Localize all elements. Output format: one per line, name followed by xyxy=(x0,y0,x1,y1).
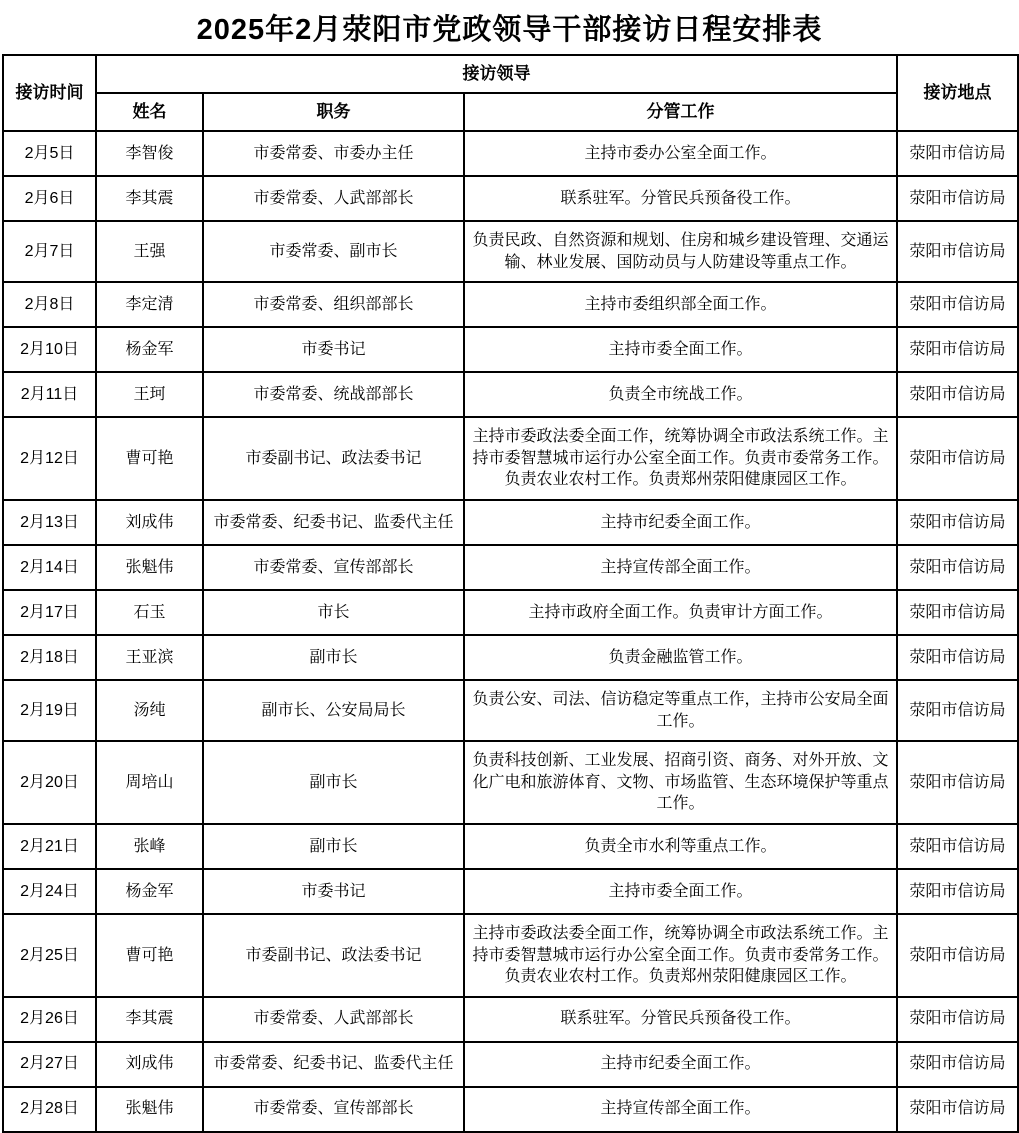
date-cell: 2月25日 xyxy=(3,914,96,997)
duty-cell: 联系驻军。分管民兵预备役工作。 xyxy=(464,176,897,221)
location-cell: 荥阳市信访局 xyxy=(897,680,1018,741)
table-row: 2月20日周培山副市长负责科技创新、工业发展、招商引资、商务、对外开放、文化广电… xyxy=(3,741,1018,824)
position-cell: 市委常委、人武部部长 xyxy=(203,997,464,1042)
name-cell: 石玉 xyxy=(96,590,203,635)
date-cell: 2月26日 xyxy=(3,997,96,1042)
table-row: 2月7日王强市委常委、副市长负责民政、自然资源和规划、住房和城乡建设管理、交通运… xyxy=(3,221,1018,282)
date-cell: 2月27日 xyxy=(3,1042,96,1087)
date-cell: 2月5日 xyxy=(3,131,96,176)
location-cell: 荥阳市信访局 xyxy=(897,176,1018,221)
location-cell: 荥阳市信访局 xyxy=(897,500,1018,545)
table-row: 2月24日杨金军市委书记主持市委全面工作。荥阳市信访局 xyxy=(3,869,1018,914)
name-cell: 王亚滨 xyxy=(96,635,203,680)
page: 2025年2月荥阳市党政领导干部接访日程安排表 接访时间 接访领导 接访地点 姓… xyxy=(0,0,1019,1133)
location-cell: 荥阳市信访局 xyxy=(897,282,1018,327)
location-cell: 荥阳市信访局 xyxy=(897,590,1018,635)
duty-cell: 负责公安、司法、信访稳定等重点工作，主持市公安局全面工作。 xyxy=(464,680,897,741)
duty-cell: 负责科技创新、工业发展、招商引资、商务、对外开放、文化广电和旅游体育、文物、市场… xyxy=(464,741,897,824)
date-cell: 2月28日 xyxy=(3,1087,96,1132)
position-cell: 市委常委、纪委书记、监委代主任 xyxy=(203,500,464,545)
name-cell: 李其震 xyxy=(96,997,203,1042)
name-cell: 李定清 xyxy=(96,282,203,327)
header-name: 姓名 xyxy=(96,93,203,131)
location-cell: 荥阳市信访局 xyxy=(897,741,1018,824)
name-cell: 杨金军 xyxy=(96,327,203,372)
date-cell: 2月11日 xyxy=(3,372,96,417)
table-row: 2月17日石玉市长主持市政府全面工作。负责审计方面工作。荥阳市信访局 xyxy=(3,590,1018,635)
name-cell: 张峰 xyxy=(96,824,203,869)
name-cell: 刘成伟 xyxy=(96,500,203,545)
name-cell: 汤纯 xyxy=(96,680,203,741)
table-row: 2月18日王亚滨副市长负责金融监管工作。荥阳市信访局 xyxy=(3,635,1018,680)
duty-cell: 主持市政府全面工作。负责审计方面工作。 xyxy=(464,590,897,635)
header-row-top: 接访时间 接访领导 接访地点 xyxy=(3,55,1018,93)
header-leader-group: 接访领导 xyxy=(96,55,897,93)
location-cell: 荥阳市信访局 xyxy=(897,417,1018,500)
location-cell: 荥阳市信访局 xyxy=(897,327,1018,372)
date-cell: 2月20日 xyxy=(3,741,96,824)
location-cell: 荥阳市信访局 xyxy=(897,869,1018,914)
table-row: 2月14日张魁伟市委常委、宣传部部长主持宣传部全面工作。荥阳市信访局 xyxy=(3,545,1018,590)
header-duty: 分管工作 xyxy=(464,93,897,131)
duty-cell: 负责金融监管工作。 xyxy=(464,635,897,680)
name-cell: 李其震 xyxy=(96,176,203,221)
location-cell: 荥阳市信访局 xyxy=(897,545,1018,590)
duty-cell: 主持市纪委全面工作。 xyxy=(464,1042,897,1087)
location-cell: 荥阳市信访局 xyxy=(897,997,1018,1042)
position-cell: 市委常委、人武部部长 xyxy=(203,176,464,221)
location-cell: 荥阳市信访局 xyxy=(897,131,1018,176)
name-cell: 张魁伟 xyxy=(96,545,203,590)
header-row-sub: 姓名 职务 分管工作 xyxy=(3,93,1018,131)
date-cell: 2月10日 xyxy=(3,327,96,372)
page-title: 2025年2月荥阳市党政领导干部接访日程安排表 xyxy=(0,0,1019,54)
date-cell: 2月14日 xyxy=(3,545,96,590)
table-header: 接访时间 接访领导 接访地点 姓名 职务 分管工作 xyxy=(3,55,1018,131)
table-row: 2月8日李定清市委常委、组织部部长主持市委组织部全面工作。荥阳市信访局 xyxy=(3,282,1018,327)
table-row: 2月13日刘成伟市委常委、纪委书记、监委代主任主持市纪委全面工作。荥阳市信访局 xyxy=(3,500,1018,545)
duty-cell: 主持市委政法委全面工作，统筹协调全市政法系统工作。主持市委智慧城市运行办公室全面… xyxy=(464,914,897,997)
table-row: 2月27日刘成伟市委常委、纪委书记、监委代主任主持市纪委全面工作。荥阳市信访局 xyxy=(3,1042,1018,1087)
duty-cell: 主持宣传部全面工作。 xyxy=(464,1087,897,1132)
duty-cell: 负责全市水利等重点工作。 xyxy=(464,824,897,869)
position-cell: 副市长 xyxy=(203,741,464,824)
name-cell: 曹可艳 xyxy=(96,417,203,500)
duty-cell: 主持市委办公室全面工作。 xyxy=(464,131,897,176)
date-cell: 2月12日 xyxy=(3,417,96,500)
position-cell: 市长 xyxy=(203,590,464,635)
location-cell: 荥阳市信访局 xyxy=(897,824,1018,869)
table-row: 2月21日张峰副市长负责全市水利等重点工作。荥阳市信访局 xyxy=(3,824,1018,869)
table-row: 2月11日王珂市委常委、统战部部长负责全市统战工作。荥阳市信访局 xyxy=(3,372,1018,417)
location-cell: 荥阳市信访局 xyxy=(897,1087,1018,1132)
name-cell: 刘成伟 xyxy=(96,1042,203,1087)
position-cell: 市委常委、宣传部部长 xyxy=(203,545,464,590)
table-row: 2月25日曹可艳市委副书记、政法委书记主持市委政法委全面工作，统筹协调全市政法系… xyxy=(3,914,1018,997)
location-cell: 荥阳市信访局 xyxy=(897,372,1018,417)
duty-cell: 负责民政、自然资源和规划、住房和城乡建设管理、交通运输、林业发展、国防动员与人防… xyxy=(464,221,897,282)
duty-cell: 主持市纪委全面工作。 xyxy=(464,500,897,545)
position-cell: 市委书记 xyxy=(203,869,464,914)
table-body: 2月5日李智俊市委常委、市委办主任主持市委办公室全面工作。荥阳市信访局2月6日李… xyxy=(3,131,1018,1132)
date-cell: 2月8日 xyxy=(3,282,96,327)
name-cell: 张魁伟 xyxy=(96,1087,203,1132)
name-cell: 周培山 xyxy=(96,741,203,824)
duty-cell: 主持市委全面工作。 xyxy=(464,327,897,372)
position-cell: 市委常委、纪委书记、监委代主任 xyxy=(203,1042,464,1087)
name-cell: 曹可艳 xyxy=(96,914,203,997)
position-cell: 市委常委、市委办主任 xyxy=(203,131,464,176)
date-cell: 2月17日 xyxy=(3,590,96,635)
header-time: 接访时间 xyxy=(3,55,96,131)
table-row: 2月5日李智俊市委常委、市委办主任主持市委办公室全面工作。荥阳市信访局 xyxy=(3,131,1018,176)
position-cell: 副市长 xyxy=(203,824,464,869)
position-cell: 市委常委、组织部部长 xyxy=(203,282,464,327)
position-cell: 副市长 xyxy=(203,635,464,680)
position-cell: 副市长、公安局局长 xyxy=(203,680,464,741)
position-cell: 市委常委、宣传部部长 xyxy=(203,1087,464,1132)
position-cell: 市委副书记、政法委书记 xyxy=(203,417,464,500)
position-cell: 市委副书记、政法委书记 xyxy=(203,914,464,997)
location-cell: 荥阳市信访局 xyxy=(897,635,1018,680)
position-cell: 市委常委、统战部部长 xyxy=(203,372,464,417)
location-cell: 荥阳市信访局 xyxy=(897,914,1018,997)
location-cell: 荥阳市信访局 xyxy=(897,221,1018,282)
position-cell: 市委书记 xyxy=(203,327,464,372)
name-cell: 王强 xyxy=(96,221,203,282)
table-row: 2月10日杨金军市委书记主持市委全面工作。荥阳市信访局 xyxy=(3,327,1018,372)
date-cell: 2月6日 xyxy=(3,176,96,221)
location-cell: 荥阳市信访局 xyxy=(897,1042,1018,1087)
date-cell: 2月24日 xyxy=(3,869,96,914)
duty-cell: 主持市委政法委全面工作，统筹协调全市政法系统工作。主持市委智慧城市运行办公室全面… xyxy=(464,417,897,500)
name-cell: 王珂 xyxy=(96,372,203,417)
duty-cell: 主持市委全面工作。 xyxy=(464,869,897,914)
date-cell: 2月13日 xyxy=(3,500,96,545)
header-position: 职务 xyxy=(203,93,464,131)
table-row: 2月12日曹可艳市委副书记、政法委书记主持市委政法委全面工作，统筹协调全市政法系… xyxy=(3,417,1018,500)
duty-cell: 联系驻军。分管民兵预备役工作。 xyxy=(464,997,897,1042)
duty-cell: 负责全市统战工作。 xyxy=(464,372,897,417)
schedule-table: 接访时间 接访领导 接访地点 姓名 职务 分管工作 2月5日李智俊市委常委、市委… xyxy=(2,54,1019,1133)
date-cell: 2月19日 xyxy=(3,680,96,741)
table-row: 2月26日李其震市委常委、人武部部长联系驻军。分管民兵预备役工作。荥阳市信访局 xyxy=(3,997,1018,1042)
name-cell: 杨金军 xyxy=(96,869,203,914)
date-cell: 2月7日 xyxy=(3,221,96,282)
table-row: 2月6日李其震市委常委、人武部部长联系驻军。分管民兵预备役工作。荥阳市信访局 xyxy=(3,176,1018,221)
date-cell: 2月18日 xyxy=(3,635,96,680)
table-row: 2月19日汤纯副市长、公安局局长负责公安、司法、信访稳定等重点工作，主持市公安局… xyxy=(3,680,1018,741)
duty-cell: 主持市委组织部全面工作。 xyxy=(464,282,897,327)
name-cell: 李智俊 xyxy=(96,131,203,176)
date-cell: 2月21日 xyxy=(3,824,96,869)
table-row: 2月28日张魁伟市委常委、宣传部部长主持宣传部全面工作。荥阳市信访局 xyxy=(3,1087,1018,1132)
header-location: 接访地点 xyxy=(897,55,1018,131)
duty-cell: 主持宣传部全面工作。 xyxy=(464,545,897,590)
position-cell: 市委常委、副市长 xyxy=(203,221,464,282)
